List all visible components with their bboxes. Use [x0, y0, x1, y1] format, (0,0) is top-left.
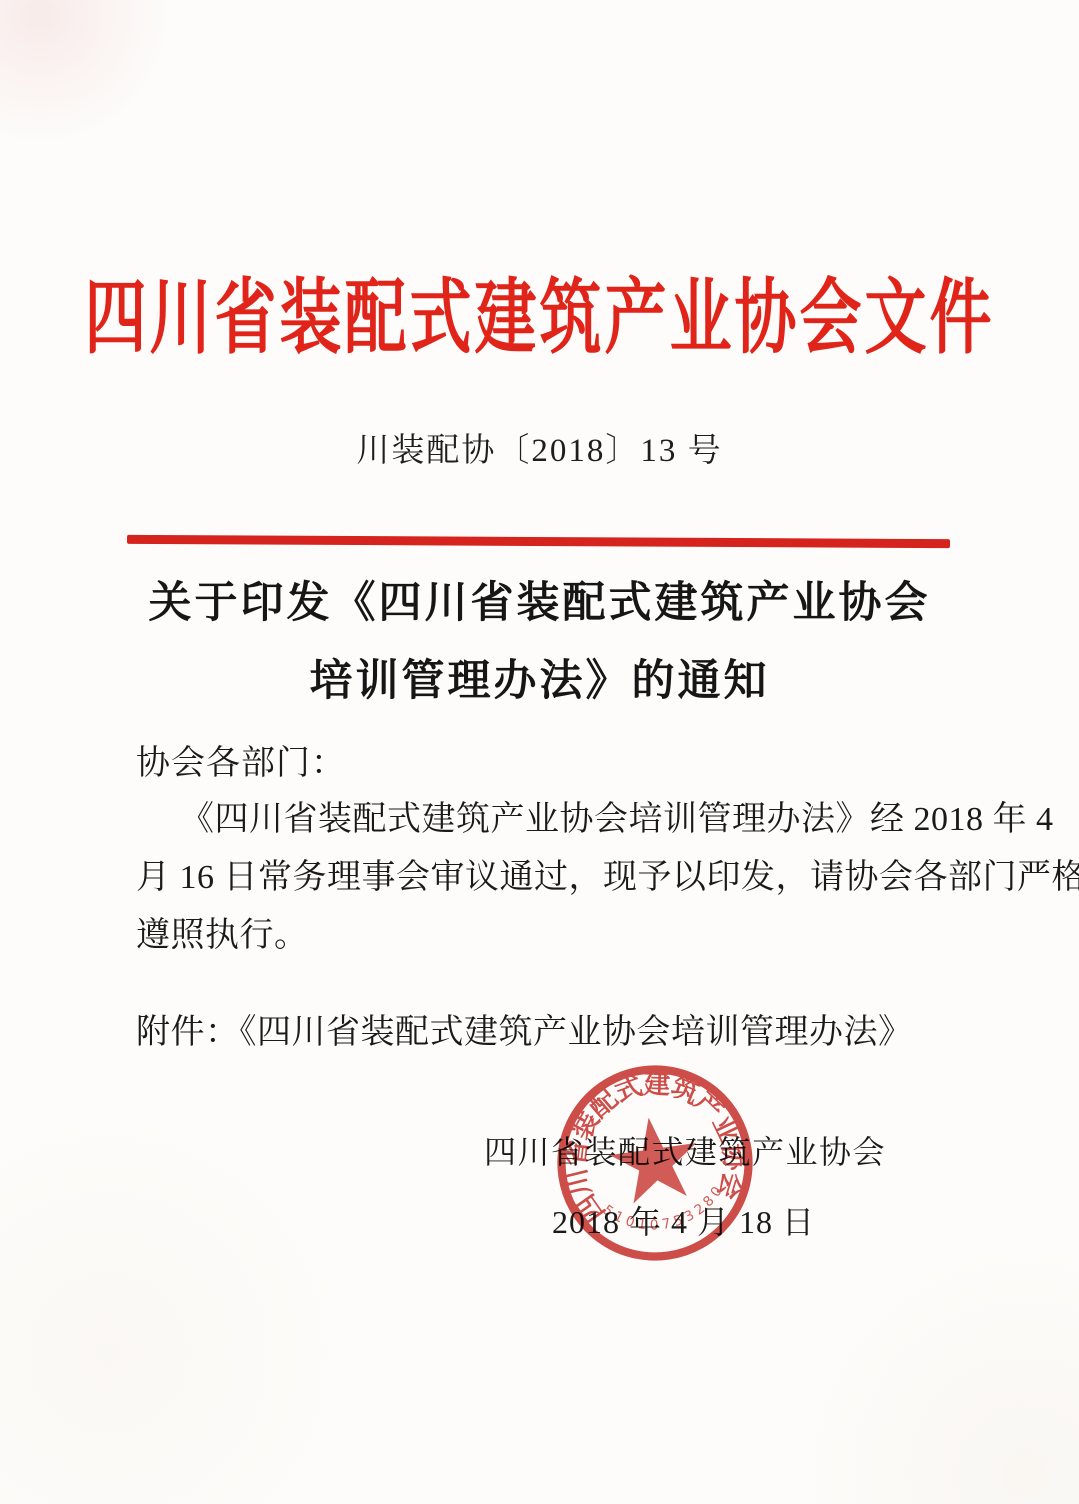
notice-title-line-2: 培训管理办法》的通知 — [0, 643, 1079, 721]
salutation: 协会各部门： — [136, 735, 346, 784]
document-page: 四川省装配式建筑产业协会文件 川装配协〔2018〕13 号 关于印发《四川省装配… — [0, 0, 1079, 1504]
red-divider-rule — [127, 535, 950, 548]
notice-title-line-1: 关于印发《四川省装配式建筑产业协会 — [0, 565, 1079, 643]
body-line-1: 《四川省装配式建筑产业协会培训管理办法》经 2018 年 4 — [136, 791, 956, 849]
official-seal: 四川省装配式建筑产业协会 5101075328088 — [531, 1039, 779, 1287]
attachment-line: 附件：《四川省装配式建筑产业协会培训管理办法》 — [136, 1004, 913, 1053]
seal-star — [606, 1112, 704, 1206]
red-header-title: 四川省装配式建筑产业协会文件 — [0, 252, 1079, 369]
body-paragraph: 《四川省装配式建筑产业协会培训管理办法》经 2018 年 4 月 16 日常务理… — [136, 791, 956, 965]
body-line-3: 遵照执行。 — [136, 907, 956, 965]
body-line-2: 月 16 日常务理事会审议通过，现予以印发，请协会各部门严格 — [136, 849, 956, 907]
notice-title: 关于印发《四川省装配式建筑产业协会 培训管理办法》的通知 — [0, 565, 1079, 721]
document-number: 川装配协〔2018〕13 号 — [0, 424, 1079, 471]
